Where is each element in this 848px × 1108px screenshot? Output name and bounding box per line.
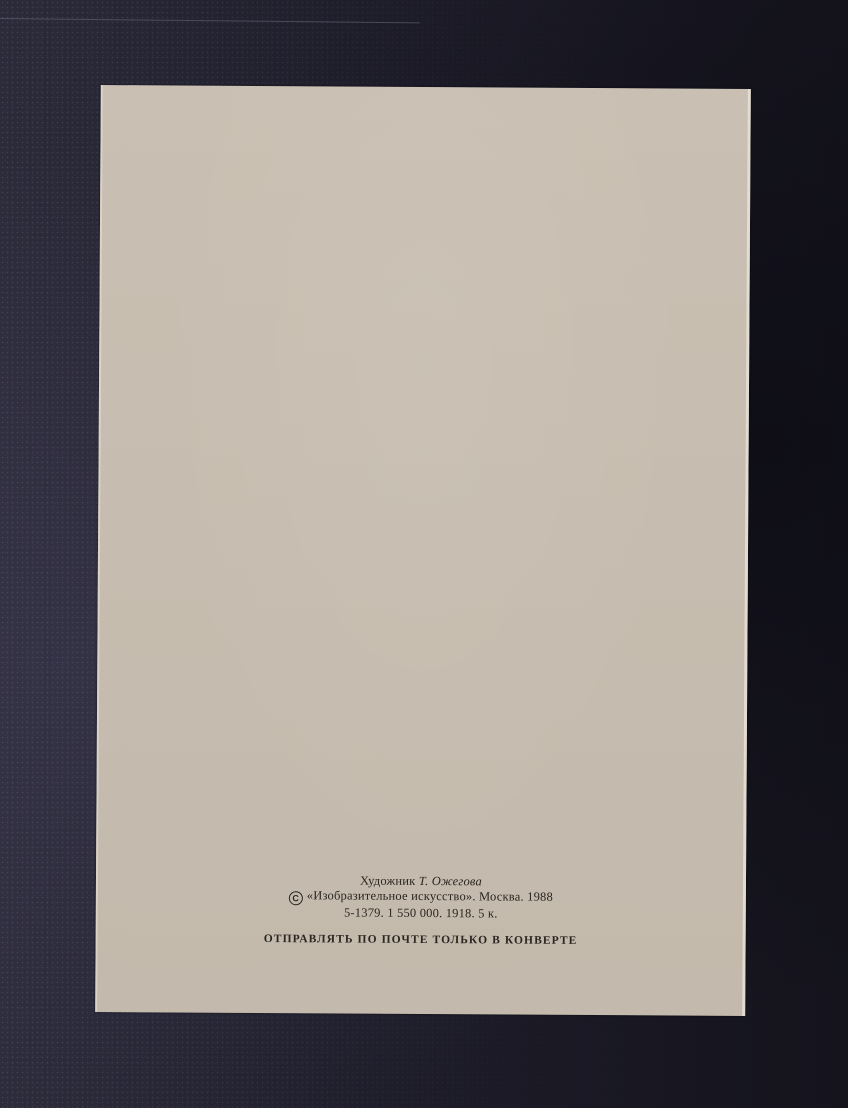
print-info: 5-1379. 1 550 000. 1918. 5 к. bbox=[96, 904, 746, 923]
artist-label: Художник bbox=[360, 874, 415, 888]
copyright-icon: C bbox=[289, 891, 303, 905]
publisher-imprint: Художник Т. Ожегова C«Изобразительное ис… bbox=[96, 872, 746, 950]
publisher-text: «Изобразительное искусство». Москва. 198… bbox=[307, 888, 553, 904]
mail-notice: ОТПРАВЛЯТЬ ПО ПОЧТЕ ТОЛЬКО В КОНВЕРТЕ bbox=[96, 931, 746, 950]
artist-name: Т. Ожегова bbox=[419, 874, 482, 888]
postcard-back: Художник Т. Ожегова C«Изобразительное ис… bbox=[95, 85, 751, 1016]
